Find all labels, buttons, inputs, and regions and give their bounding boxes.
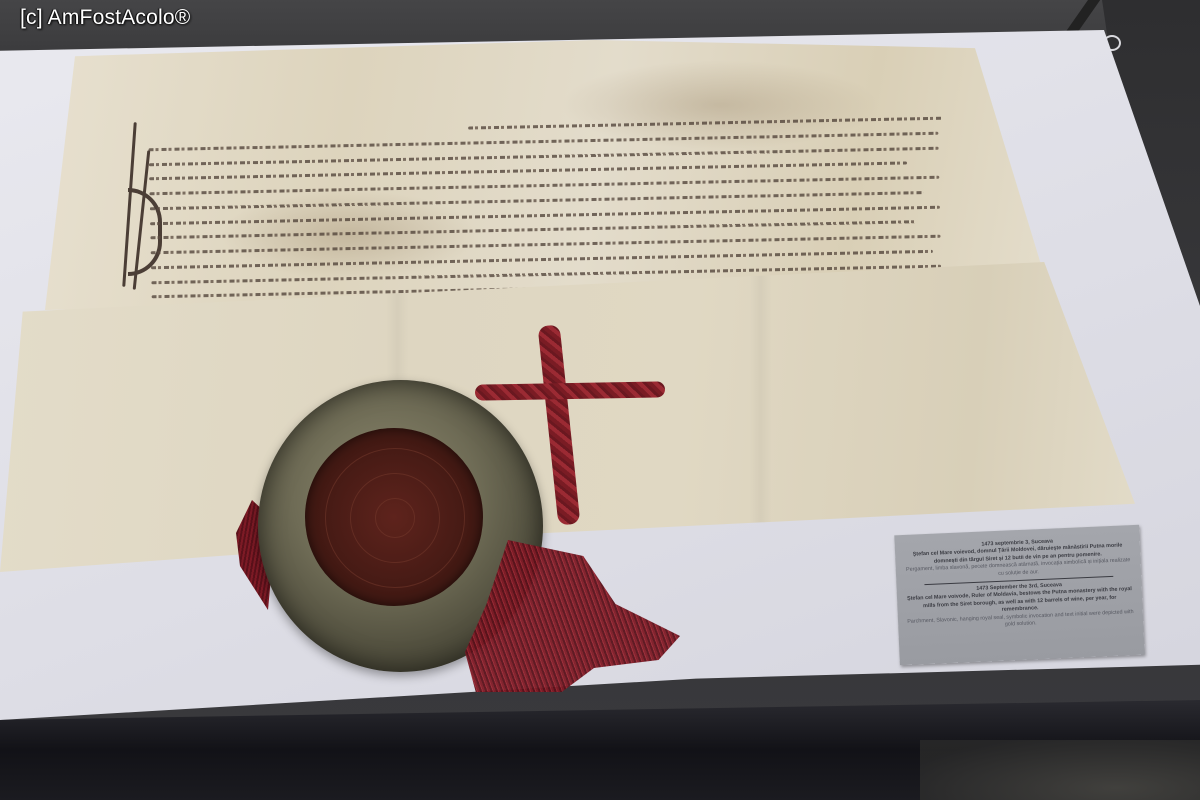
copyright-watermark: [c] AmFostAcolo® — [20, 6, 190, 30]
seal-impression-ring — [375, 498, 415, 538]
floor-carpet — [920, 740, 1200, 800]
museum-label-plaque: 1473 septembrie 3, Suceava Ștefan cel Ma… — [894, 525, 1144, 666]
silk-cord-horizontal — [475, 381, 665, 400]
